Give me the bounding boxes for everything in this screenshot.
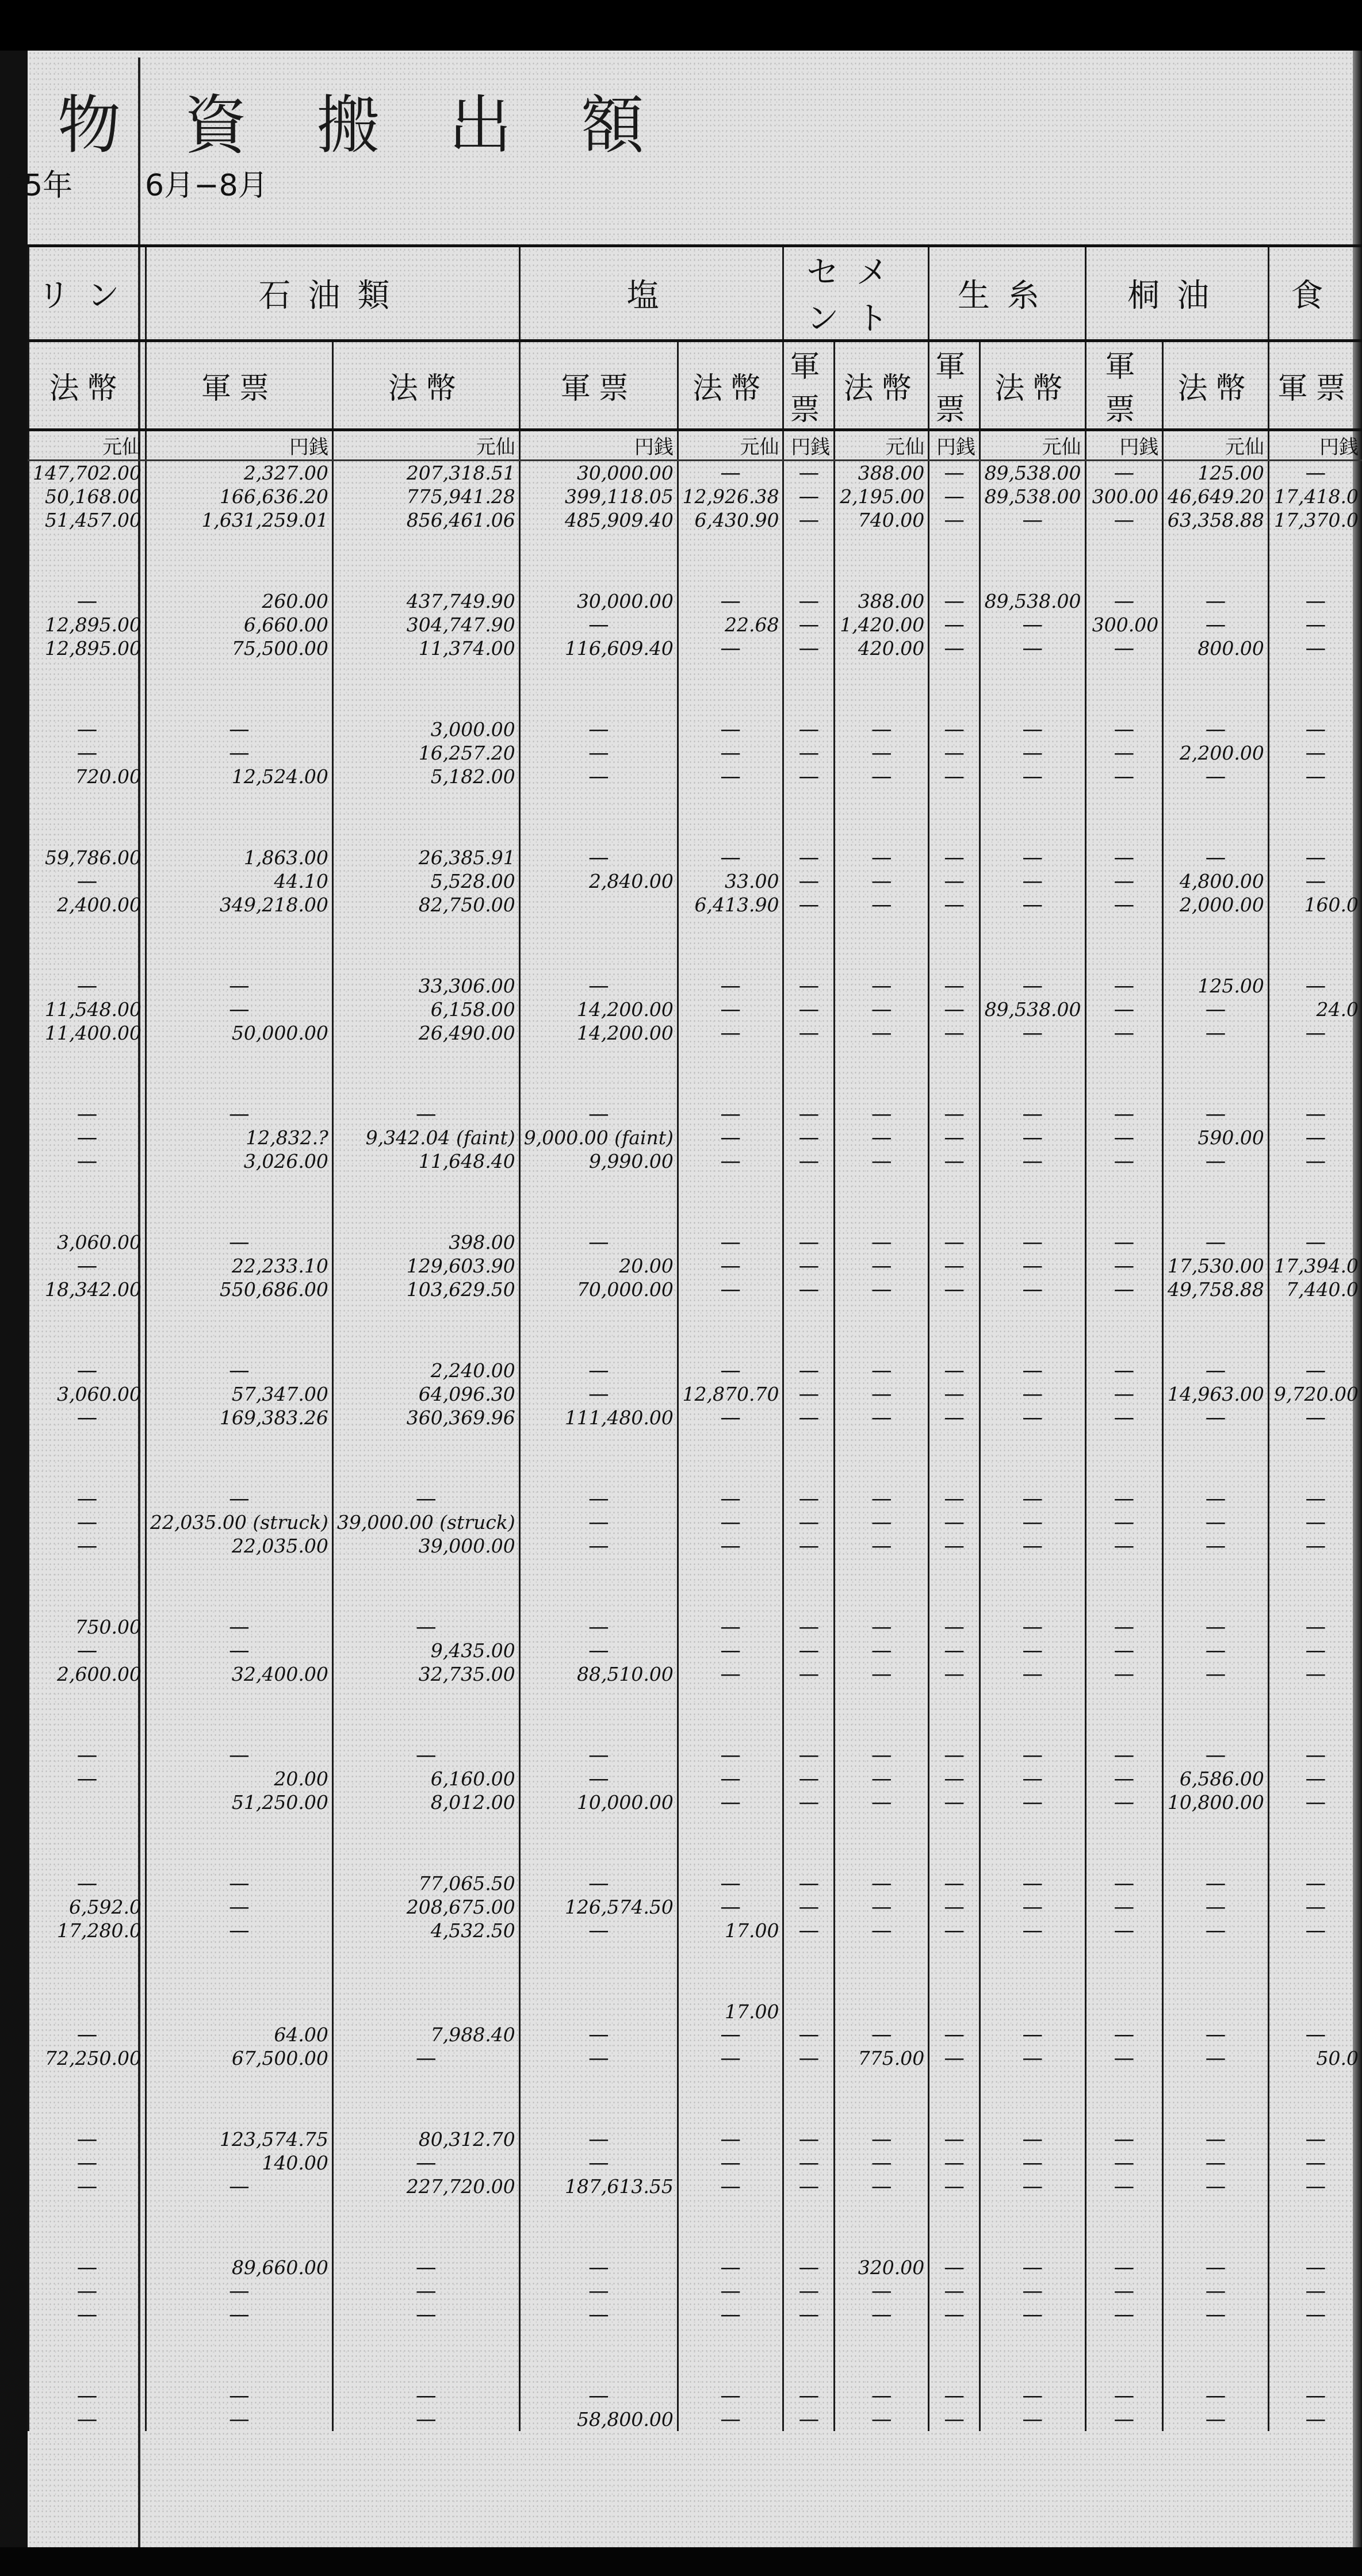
empty-dash-cell: — <box>678 2303 783 2326</box>
empty-dash-cell: — <box>835 765 929 788</box>
empty-dash-cell: — <box>1085 1662 1163 1686</box>
amount-cell: 10,000.00 <box>519 1791 678 1814</box>
spacer-cell <box>332 788 519 846</box>
spacer-cell <box>332 2070 519 2127</box>
spacer-cell <box>332 1301 519 1359</box>
spacer-cell <box>678 1942 783 2000</box>
spacer-cell <box>332 660 519 718</box>
empty-dash-cell: — <box>929 2023 980 2046</box>
empty-dash-cell: — <box>29 1639 146 1662</box>
empty-dash-cell: — <box>519 718 678 741</box>
spacer-cell <box>835 1173 929 1230</box>
amount-cell: 64,096.30 <box>332 1382 519 1406</box>
spacer-cell <box>1268 1942 1362 2000</box>
unit-label: 円銭 <box>929 430 980 461</box>
spacer-cell <box>1268 1686 1362 1743</box>
spacer-cell <box>332 2198 519 2256</box>
empty-dash-cell: — <box>519 1487 678 1511</box>
empty-dash-cell: — <box>29 2384 146 2408</box>
amount-cell: 70,000.00 <box>519 1278 678 1301</box>
empty-dash-cell: — <box>29 1149 146 1173</box>
amount-cell: 437,749.90 <box>332 589 519 613</box>
empty-dash-cell: — <box>783 2408 835 2431</box>
spacer-cell <box>980 1686 1085 1743</box>
spacer-cell <box>1163 2198 1269 2256</box>
empty-dash-cell: — <box>929 1511 980 1534</box>
currency-subheader: 軍票 <box>519 341 678 430</box>
empty-dash-cell: — <box>678 1895 783 1919</box>
empty-dash-cell: — <box>1085 1615 1163 1639</box>
empty-dash-cell: — <box>980 1767 1085 1791</box>
empty-dash-cell: — <box>1085 1743 1163 1767</box>
empty-dash-cell: — <box>678 1126 783 1149</box>
empty-dash-cell: — <box>1268 765 1362 788</box>
amount-cell: 103,629.50 <box>332 1278 519 1301</box>
spacer-cell <box>1085 1429 1163 1487</box>
amount-cell: 11,548.00 <box>29 998 146 1021</box>
empty-dash-cell: — <box>783 1102 835 1126</box>
empty-dash-cell: — <box>1085 2256 1163 2279</box>
amount-cell <box>980 2000 1085 2023</box>
empty-dash-cell: — <box>929 998 980 1021</box>
empty-dash-cell: — <box>783 1872 835 1895</box>
spacer-cell <box>980 1045 1085 1102</box>
amount-cell: 3,026.00 <box>146 1149 332 1173</box>
empty-dash-cell: — <box>929 2256 980 2279</box>
spacer-cell <box>146 1814 332 1872</box>
empty-dash-cell: — <box>678 2023 783 2046</box>
empty-dash-cell: — <box>1268 461 1362 485</box>
spacer-cell <box>1163 1686 1269 1743</box>
spacer-cell <box>1163 1814 1269 1872</box>
table-row: —169,383.26360,369.96111,480.00———————— <box>29 1406 1362 1429</box>
spacer-cell <box>678 660 783 718</box>
amount-cell: 22,035.00 <box>146 1534 332 1558</box>
empty-dash-cell: — <box>1163 1230 1269 1254</box>
empty-dash-cell: — <box>1163 1534 1269 1558</box>
spacer-cell <box>929 1942 980 2000</box>
spacer-cell <box>929 1686 980 1743</box>
empty-dash-cell: — <box>1163 998 1269 1021</box>
empty-dash-cell: — <box>519 1872 678 1895</box>
spacer-cell <box>519 917 678 974</box>
table-row: 18,342.00550,686.00103,629.5070,000.00——… <box>29 1278 1362 1301</box>
amount-cell: 33,306.00 <box>332 974 519 998</box>
table-row: —260.00437,749.9030,000.00——388.00—89,53… <box>29 589 1362 613</box>
spacer-cell <box>980 532 1085 589</box>
empty-dash-cell: — <box>29 1126 146 1149</box>
empty-dash-cell: — <box>1085 1919 1163 1942</box>
amount-cell: 9,720.00 <box>1268 1382 1362 1406</box>
spacer-cell <box>980 1942 1085 2000</box>
unit-header-row: 元仙円銭元仙円銭元仙円銭元仙円銭元仙円銭元仙円銭 <box>29 430 1362 461</box>
table-row: —3,026.0011,648.409,990.00———————— <box>29 1149 1362 1173</box>
row-group-spacer <box>29 1558 1362 1615</box>
amount-cell: 58,800.00 <box>519 2408 678 2431</box>
spacer-cell <box>1268 532 1362 589</box>
empty-dash-cell: — <box>678 1102 783 1126</box>
spacer-cell <box>980 2198 1085 2256</box>
row-group-spacer <box>29 1942 1362 2000</box>
table-row: ——2,240.00————————— <box>29 1359 1362 1382</box>
empty-dash-cell: — <box>1163 718 1269 741</box>
amount-cell: 1,631,259.01 <box>146 508 332 532</box>
amount-cell: 125.00 <box>1163 461 1269 485</box>
empty-dash-cell: — <box>519 1382 678 1406</box>
empty-dash-cell: — <box>929 1534 980 1558</box>
empty-dash-cell: — <box>929 461 980 485</box>
spacer-cell <box>783 1045 835 1102</box>
amount-cell: 420.00 <box>835 637 929 660</box>
empty-dash-cell: — <box>519 2151 678 2175</box>
amount-cell: 3,060.00 <box>29 1382 146 1406</box>
empty-dash-cell: — <box>519 1359 678 1382</box>
row-group-spacer <box>29 2070 1362 2127</box>
empty-dash-cell: — <box>146 1872 332 1895</box>
amount-cell: 44.10 <box>146 869 332 893</box>
empty-dash-cell: — <box>146 1230 332 1254</box>
empty-dash-cell: — <box>783 1615 835 1639</box>
amount-cell: 6,160.00 <box>332 1767 519 1791</box>
empty-dash-cell: — <box>1085 589 1163 613</box>
amount-cell: 5,528.00 <box>332 869 519 893</box>
empty-dash-cell: — <box>146 1895 332 1919</box>
empty-dash-cell: — <box>519 846 678 869</box>
table-row: 750.00——————————— <box>29 1615 1362 1639</box>
spacer-cell <box>519 1429 678 1487</box>
amount-cell: 17.00 <box>678 1919 783 1942</box>
empty-dash-cell: — <box>678 1149 783 1173</box>
spacer-cell <box>783 660 835 718</box>
empty-dash-cell: — <box>678 2127 783 2151</box>
spacer-cell <box>519 532 678 589</box>
empty-dash-cell: — <box>1085 718 1163 741</box>
empty-dash-cell: — <box>1268 718 1362 741</box>
empty-dash-cell: — <box>1163 2408 1269 2431</box>
amount-cell: 89,538.00 <box>980 485 1085 508</box>
spacer-cell <box>1085 917 1163 974</box>
empty-dash-cell: — <box>835 1791 929 1814</box>
spacer-cell <box>929 788 980 846</box>
empty-dash-cell: — <box>783 1767 835 1791</box>
empty-dash-cell: — <box>519 1919 678 1942</box>
empty-dash-cell: — <box>929 589 980 613</box>
unit-label: 元仙 <box>29 430 146 461</box>
ledger-body: 147,702.002,327.00207,318.5130,000.00——3… <box>29 461 1362 2432</box>
currency-subheader: 軍票 <box>1268 341 1362 430</box>
empty-dash-cell: — <box>929 2408 980 2431</box>
amount-cell: 22.68 <box>678 613 783 637</box>
amount-cell: 399,118.05 <box>519 485 678 508</box>
table-row: 147,702.002,327.00207,318.5130,000.00——3… <box>29 461 1362 485</box>
empty-dash-cell: — <box>1268 1511 1362 1534</box>
empty-dash-cell: — <box>783 2023 835 2046</box>
empty-dash-cell: — <box>1085 998 1163 1021</box>
amount-cell: 26,490.00 <box>332 1021 519 1045</box>
row-group-spacer <box>29 1429 1362 1487</box>
empty-dash-cell: — <box>29 2127 146 2151</box>
amount-cell: 6,592.0 <box>29 1895 146 1919</box>
empty-dash-cell: — <box>783 846 835 869</box>
amount-cell: 2,200.00 <box>1163 741 1269 765</box>
empty-dash-cell: — <box>29 1511 146 1534</box>
empty-dash-cell: — <box>835 846 929 869</box>
amount-cell: 398.00 <box>332 1230 519 1254</box>
empty-dash-cell: — <box>678 1487 783 1511</box>
empty-dash-cell: — <box>678 974 783 998</box>
empty-dash-cell: — <box>980 2023 1085 2046</box>
spacer-cell <box>1268 1173 1362 1230</box>
empty-dash-cell: — <box>929 2175 980 2198</box>
empty-dash-cell: — <box>835 1919 929 1942</box>
empty-dash-cell: — <box>929 1791 980 1814</box>
spacer-cell <box>783 1686 835 1743</box>
empty-dash-cell: — <box>783 1511 835 1534</box>
table-row: ———58,800.00———————— <box>29 2408 1362 2431</box>
spacer-cell <box>332 1429 519 1487</box>
spacer-cell <box>519 1558 678 1615</box>
amount-cell: 89,538.00 <box>980 998 1085 1021</box>
spacer-cell <box>1163 532 1269 589</box>
spacer-cell <box>835 917 929 974</box>
empty-dash-cell: — <box>1163 1919 1269 1942</box>
empty-dash-cell: — <box>1268 2408 1362 2431</box>
empty-dash-cell: — <box>980 1615 1085 1639</box>
spacer-cell <box>929 1173 980 1230</box>
spacer-cell <box>1085 788 1163 846</box>
empty-dash-cell: — <box>29 2175 146 2198</box>
empty-dash-cell: — <box>1268 2151 1362 2175</box>
spacer-cell <box>1268 660 1362 718</box>
empty-dash-cell: — <box>980 1149 1085 1173</box>
empty-dash-cell: — <box>146 1102 332 1126</box>
spacer-cell <box>519 1686 678 1743</box>
empty-dash-cell: — <box>929 637 980 660</box>
empty-dash-cell: — <box>929 2046 980 2070</box>
empty-dash-cell: — <box>835 2384 929 2408</box>
amount-cell: 2,400.00 <box>29 893 146 917</box>
empty-dash-cell: — <box>1085 1791 1163 1814</box>
spacer-cell <box>835 1429 929 1487</box>
spacer-cell <box>29 2326 146 2384</box>
empty-dash-cell: — <box>1268 2384 1362 2408</box>
amount-cell: 51,250.00 <box>146 1791 332 1814</box>
empty-dash-cell: — <box>1163 2023 1269 2046</box>
spacer-cell <box>1085 1045 1163 1102</box>
empty-dash-cell: — <box>678 2151 783 2175</box>
row-group-spacer <box>29 1173 1362 1230</box>
amount-cell: 304,747.90 <box>332 613 519 637</box>
empty-dash-cell: — <box>519 2256 678 2279</box>
empty-dash-cell: — <box>980 613 1085 637</box>
empty-dash-cell: — <box>332 1102 519 1126</box>
amount-cell: 720.00 <box>29 765 146 788</box>
empty-dash-cell: — <box>519 2046 678 2070</box>
empty-dash-cell: — <box>980 637 1085 660</box>
empty-dash-cell: — <box>678 1872 783 1895</box>
empty-dash-cell: — <box>1268 1406 1362 1429</box>
empty-dash-cell: — <box>1085 1511 1163 1534</box>
empty-dash-cell: — <box>929 1382 980 1406</box>
empty-dash-cell: — <box>519 1102 678 1126</box>
spacer-cell <box>29 532 146 589</box>
table-row: ———————————— <box>29 2279 1362 2303</box>
amount-cell: 14,200.00 <box>519 1021 678 1045</box>
empty-dash-cell: — <box>1085 2408 1163 2431</box>
amount-cell: 775,941.28 <box>332 485 519 508</box>
spacer-cell <box>1268 1558 1362 1615</box>
amount-cell <box>783 2000 835 2023</box>
amount-cell: 4,532.50 <box>332 1919 519 1942</box>
spacer-cell <box>332 532 519 589</box>
amount-cell: 17,280.0 <box>29 1919 146 1942</box>
empty-dash-cell: — <box>29 718 146 741</box>
amount-cell <box>1085 2000 1163 2023</box>
spacer-cell <box>1163 1558 1269 1615</box>
empty-dash-cell: — <box>1268 974 1362 998</box>
empty-dash-cell: — <box>835 2023 929 2046</box>
spacer-cell <box>929 2326 980 2384</box>
empty-dash-cell: — <box>519 1767 678 1791</box>
spacer-cell <box>332 1045 519 1102</box>
amount-cell: 20.00 <box>519 1254 678 1278</box>
empty-dash-cell: — <box>1085 2046 1163 2070</box>
empty-dash-cell: — <box>980 1919 1085 1942</box>
empty-dash-cell: — <box>783 2384 835 2408</box>
empty-dash-cell: — <box>1163 2151 1269 2175</box>
amount-cell: 775.00 <box>835 2046 929 2070</box>
amount-cell: 89,660.00 <box>146 2256 332 2279</box>
amount-cell: 207,318.51 <box>332 461 519 485</box>
amount-cell: 388.00 <box>835 461 929 485</box>
empty-dash-cell: — <box>519 974 678 998</box>
commodity-header: 食 <box>1268 246 1362 341</box>
empty-dash-cell: — <box>1163 2127 1269 2151</box>
empty-dash-cell: — <box>980 1102 1085 1126</box>
empty-dash-cell: — <box>1085 893 1163 917</box>
amount-cell: 9,342.04 (faint) <box>332 1126 519 1149</box>
row-group-spacer <box>29 788 1362 846</box>
empty-dash-cell: — <box>783 1254 835 1278</box>
empty-dash-cell: — <box>929 1406 980 1429</box>
empty-dash-cell: — <box>678 765 783 788</box>
period-label: 6月−8月 <box>145 161 268 204</box>
spacer-cell <box>929 2070 980 2127</box>
spacer-cell <box>980 1301 1085 1359</box>
empty-dash-cell: — <box>519 2279 678 2303</box>
empty-dash-cell: — <box>1163 1406 1269 1429</box>
amount-cell: 125.00 <box>1163 974 1269 998</box>
empty-dash-cell: — <box>678 637 783 660</box>
empty-dash-cell: — <box>980 741 1085 765</box>
empty-dash-cell: — <box>1163 2046 1269 2070</box>
empty-dash-cell: — <box>678 2408 783 2431</box>
empty-dash-cell: — <box>783 1021 835 1045</box>
empty-dash-cell: — <box>332 2408 519 2431</box>
empty-dash-cell: — <box>980 1791 1085 1814</box>
spacer-cell <box>1085 1173 1163 1230</box>
spacer-cell <box>678 2326 783 2384</box>
empty-dash-cell: — <box>783 1662 835 1686</box>
commodity-header: 石油類 <box>146 246 519 341</box>
empty-dash-cell: — <box>929 1230 980 1254</box>
unit-label: 円銭 <box>146 430 332 461</box>
spacer-cell <box>678 1173 783 1230</box>
amount-cell: 24.0 <box>1268 998 1362 1021</box>
amount-cell: 2,000.00 <box>1163 893 1269 917</box>
empty-dash-cell: — <box>783 1278 835 1301</box>
spacer-cell <box>146 1173 332 1230</box>
amount-cell <box>332 2000 519 2023</box>
empty-dash-cell: — <box>519 1743 678 1767</box>
empty-dash-cell: — <box>1163 613 1269 637</box>
empty-dash-cell: — <box>1085 1359 1163 1382</box>
empty-dash-cell: — <box>980 1382 1085 1406</box>
empty-dash-cell: — <box>980 1021 1085 1045</box>
spacer-cell <box>678 2198 783 2256</box>
amount-cell: 4,800.00 <box>1163 869 1269 893</box>
table-row: 11,548.00—6,158.0014,200.00————89,538.00… <box>29 998 1362 1021</box>
spacer-cell <box>835 2070 929 2127</box>
empty-dash-cell: — <box>1268 613 1362 637</box>
spacer-cell <box>835 1301 929 1359</box>
empty-dash-cell: — <box>146 2175 332 2198</box>
spacer-cell <box>678 1558 783 1615</box>
amount-cell: 22,035.00 (struck) <box>146 1511 332 1534</box>
spacer-cell <box>146 1558 332 1615</box>
table-row: 2,600.0032,400.0032,735.0088,510.00—————… <box>29 1662 1362 1686</box>
empty-dash-cell: — <box>29 2256 146 2279</box>
empty-dash-cell: — <box>1163 1359 1269 1382</box>
spacer-cell <box>1268 1301 1362 1359</box>
empty-dash-cell: — <box>835 718 929 741</box>
table-row: ———————————— <box>29 1743 1362 1767</box>
empty-dash-cell: — <box>980 1278 1085 1301</box>
amount-cell: 9,000.00 (faint) <box>519 1126 678 1149</box>
empty-dash-cell: — <box>980 2279 1085 2303</box>
spacer-cell <box>980 660 1085 718</box>
empty-dash-cell: — <box>835 2279 929 2303</box>
spacer-cell <box>929 1301 980 1359</box>
unit-label: 円銭 <box>1268 430 1362 461</box>
empty-dash-cell: — <box>1085 869 1163 893</box>
spacer-cell <box>1268 2198 1362 2256</box>
spacer-cell <box>835 788 929 846</box>
spacer-cell <box>783 1429 835 1487</box>
amount-cell: 32,735.00 <box>332 1662 519 1686</box>
empty-dash-cell: — <box>783 2279 835 2303</box>
empty-dash-cell: — <box>835 974 929 998</box>
commodity-header: 塩 <box>519 246 783 341</box>
spacer-cell <box>783 532 835 589</box>
spacer-cell <box>29 1429 146 1487</box>
empty-dash-cell: — <box>1268 637 1362 660</box>
table-row: 51,457.001,631,259.01856,461.06485,909.4… <box>29 508 1362 532</box>
empty-dash-cell: — <box>783 1919 835 1942</box>
amount-cell: 30,000.00 <box>519 589 678 613</box>
empty-dash-cell: — <box>929 2127 980 2151</box>
empty-dash-cell: — <box>332 1743 519 1767</box>
spacer-cell <box>1163 1045 1269 1102</box>
amount-cell: 77,065.50 <box>332 1872 519 1895</box>
empty-dash-cell: — <box>678 2046 783 2070</box>
empty-dash-cell: — <box>1085 1895 1163 1919</box>
year-label: 15年 <box>5 161 72 204</box>
empty-dash-cell: — <box>1268 2256 1362 2279</box>
unit-label: 円銭 <box>1085 430 1163 461</box>
empty-dash-cell: — <box>1163 1149 1269 1173</box>
spacer-cell <box>29 2070 146 2127</box>
